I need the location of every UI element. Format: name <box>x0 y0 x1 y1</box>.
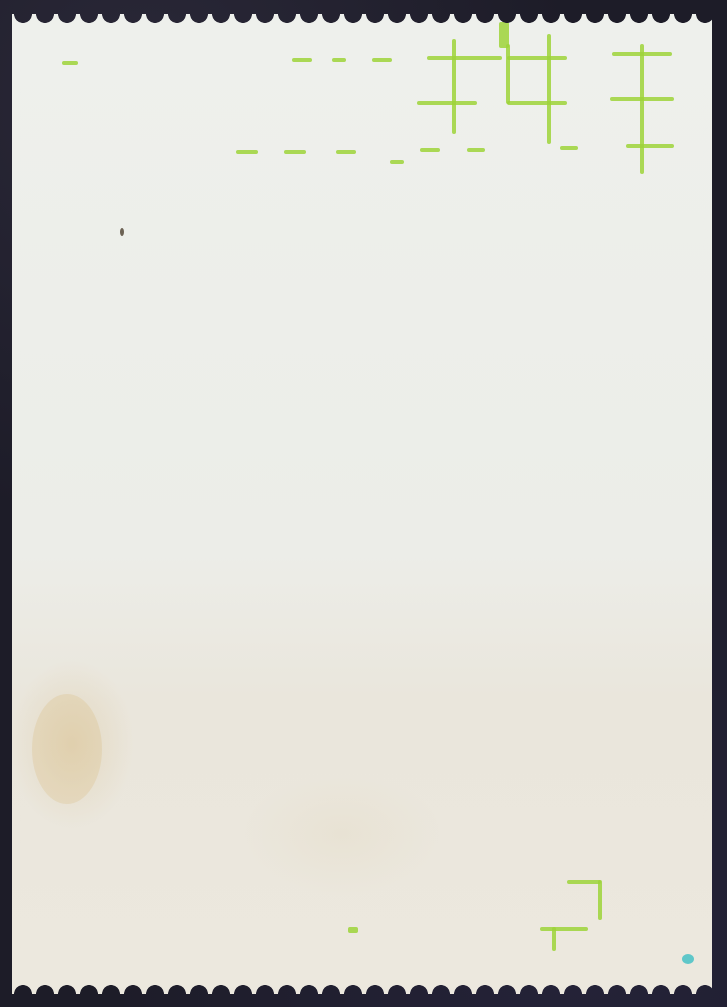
offset-mark <box>499 22 509 48</box>
offset-mark <box>547 34 551 144</box>
offset-mark <box>372 58 392 62</box>
offset-mark <box>236 150 258 154</box>
offset-mark <box>284 150 306 154</box>
offset-mark <box>467 148 485 152</box>
offset-mark <box>62 61 78 65</box>
offset-mark <box>507 101 567 105</box>
offset-mark <box>332 58 346 62</box>
offset-mark <box>417 101 477 105</box>
offset-mark <box>336 150 356 154</box>
offset-mark <box>427 56 502 60</box>
stamp-paper <box>12 14 712 994</box>
offset-mark <box>640 44 644 174</box>
offset-mark <box>507 56 567 60</box>
offset-mark <box>348 927 358 933</box>
offset-mark <box>598 880 602 920</box>
offset-mark <box>292 58 312 62</box>
offset-mark <box>506 44 510 104</box>
offset-mark <box>420 148 440 152</box>
offset-mark <box>540 927 588 931</box>
cyan-speck <box>682 954 694 964</box>
stamp-back <box>12 14 712 994</box>
offset-mark <box>552 927 556 951</box>
foxing-stain <box>32 694 102 804</box>
offset-mark <box>560 146 578 150</box>
dirt-speck <box>120 228 124 236</box>
offset-mark <box>390 160 404 164</box>
offset-mark <box>626 144 674 148</box>
offset-mark <box>452 39 456 134</box>
offset-mark <box>567 880 601 884</box>
